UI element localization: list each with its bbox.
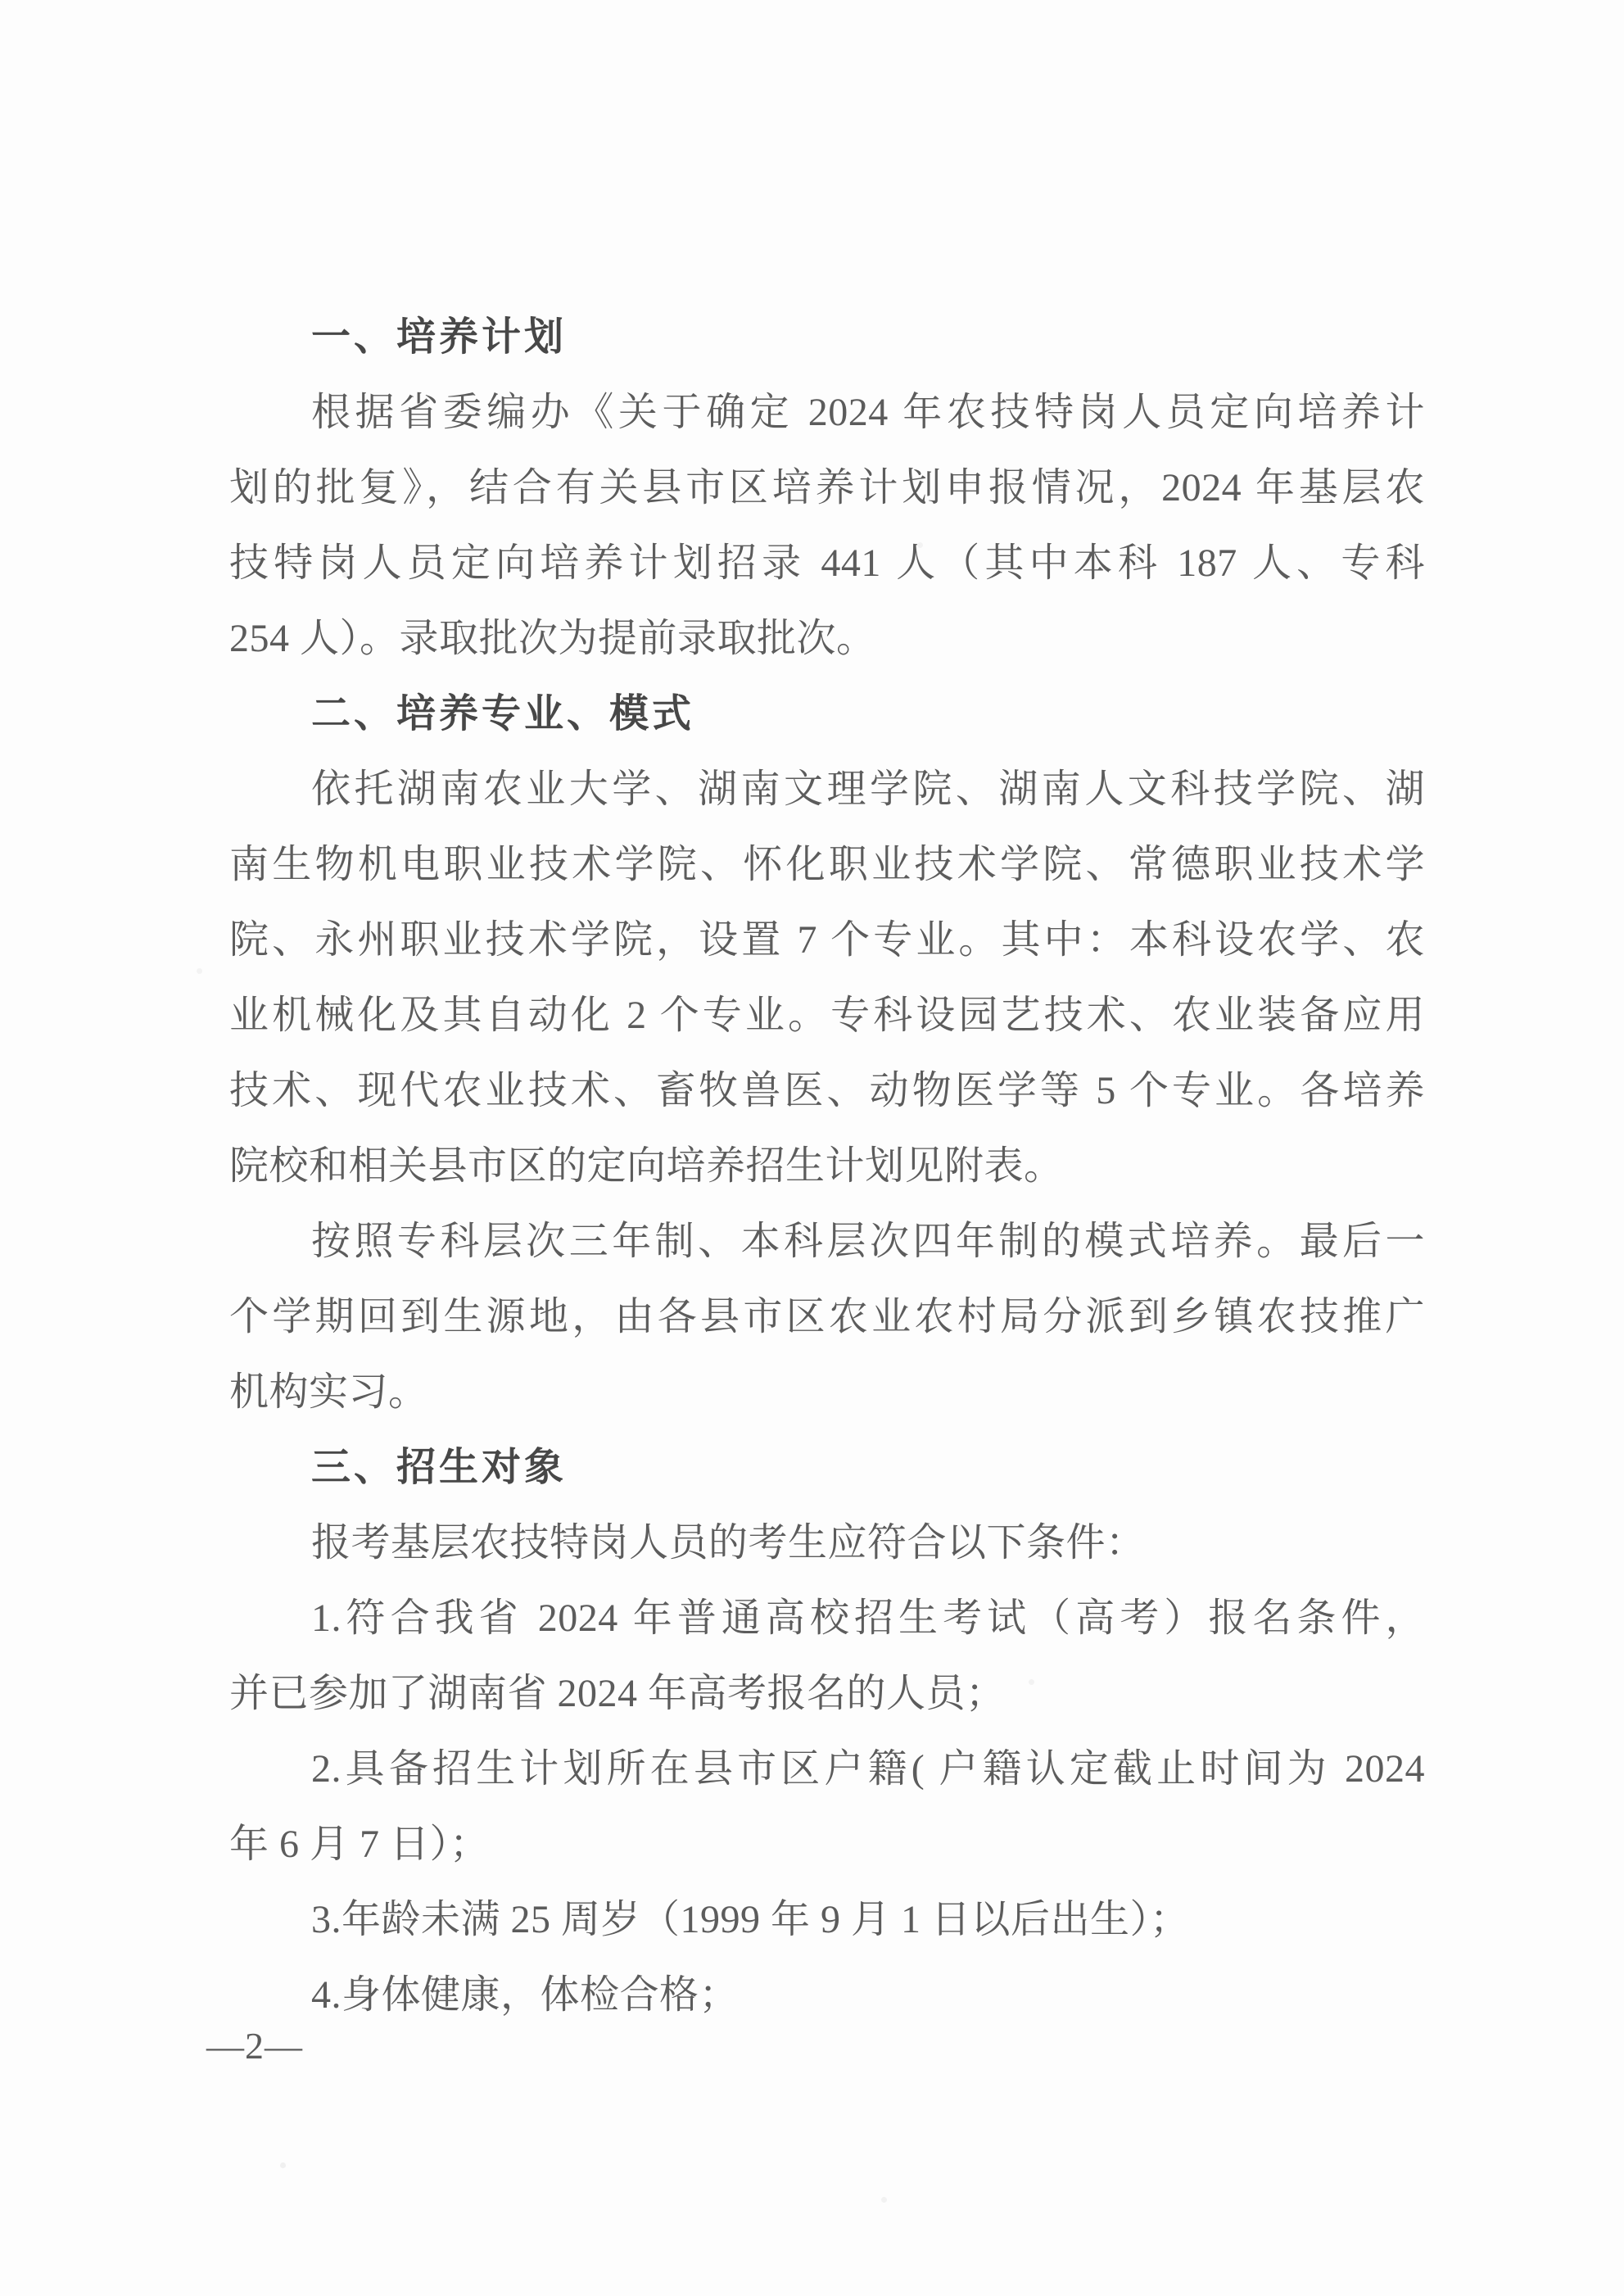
text-line: 业机械化及其自动化 2 个专业。专科设园艺技术、农业装备应用 (229, 978, 1425, 1053)
text-line: 根据省委编办《关于确定 2024 年农技特岗人员定向培养计 (229, 375, 1425, 451)
text-line: 1.符合我省 2024 年普通高校招生考试（高考）报名条件， (229, 1581, 1425, 1656)
text-line: 院、永州职业技术学院，设置 7 个专业。其中：本科设农学、农 (229, 903, 1425, 978)
text-line: 报考基层农技特岗人员的考生应符合以下条件： (229, 1506, 1425, 1581)
text-line: 年 6 月 7 日）； (229, 1807, 1425, 1882)
text-line: 按照专科层次三年制、本科层次四年制的模式培养。最后一 (229, 1204, 1425, 1279)
text-line: 机构实习。 (229, 1355, 1425, 1430)
section-heading: 三、招生对象 (229, 1430, 1425, 1506)
text-line: 个学期回到生源地，由各县市区农业农村局分派到乡镇农技推广 (229, 1279, 1425, 1355)
text-line: 4.身体健康，体检合格； (229, 1958, 1425, 2033)
text-line: 院校和相关县市区的定向培养招生计划见附表。 (229, 1129, 1425, 1204)
text-line: 划的批复》，结合有关县市区培养计划申报情况，2024 年基层农 (229, 451, 1425, 526)
document-page: 一、培养计划根据省委编办《关于确定 2024 年农技特岗人员定向培养计划的批复》… (0, 0, 1624, 2296)
text-line: 2.具备招生计划所在县市区户籍( 户籍认定截止时间为 2024 (229, 1732, 1425, 1807)
text-line: 3.年龄未满 25 周岁（1999 年 9 月 1 日以后出生）； (229, 1882, 1425, 1958)
text-line: 技术、现代农业技术、畜牧兽医、动物医学等 5 个专业。各培养 (229, 1053, 1425, 1129)
page-number: —2— (206, 2022, 303, 2071)
document-body: 一、培养计划根据省委编办《关于确定 2024 年农技特岗人员定向培养计划的批复》… (229, 300, 1425, 2033)
section-heading: 一、培养计划 (229, 300, 1425, 375)
text-line: 南生物机电职业技术学院、怀化职业技术学院、常德职业技术学 (229, 827, 1425, 903)
text-line: 技特岗人员定向培养计划招录 441 人（其中本科 187 人、专科 (229, 526, 1425, 601)
text-line: 并已参加了湖南省 2024 年高考报名的人员； (229, 1656, 1425, 1732)
text-line: 依托湖南农业大学、湖南文理学院、湖南人文科技学院、湖 (229, 752, 1425, 827)
text-line: 254 人）。录取批次为提前录取批次。 (229, 601, 1425, 677)
section-heading: 二、培养专业、模式 (229, 677, 1425, 752)
